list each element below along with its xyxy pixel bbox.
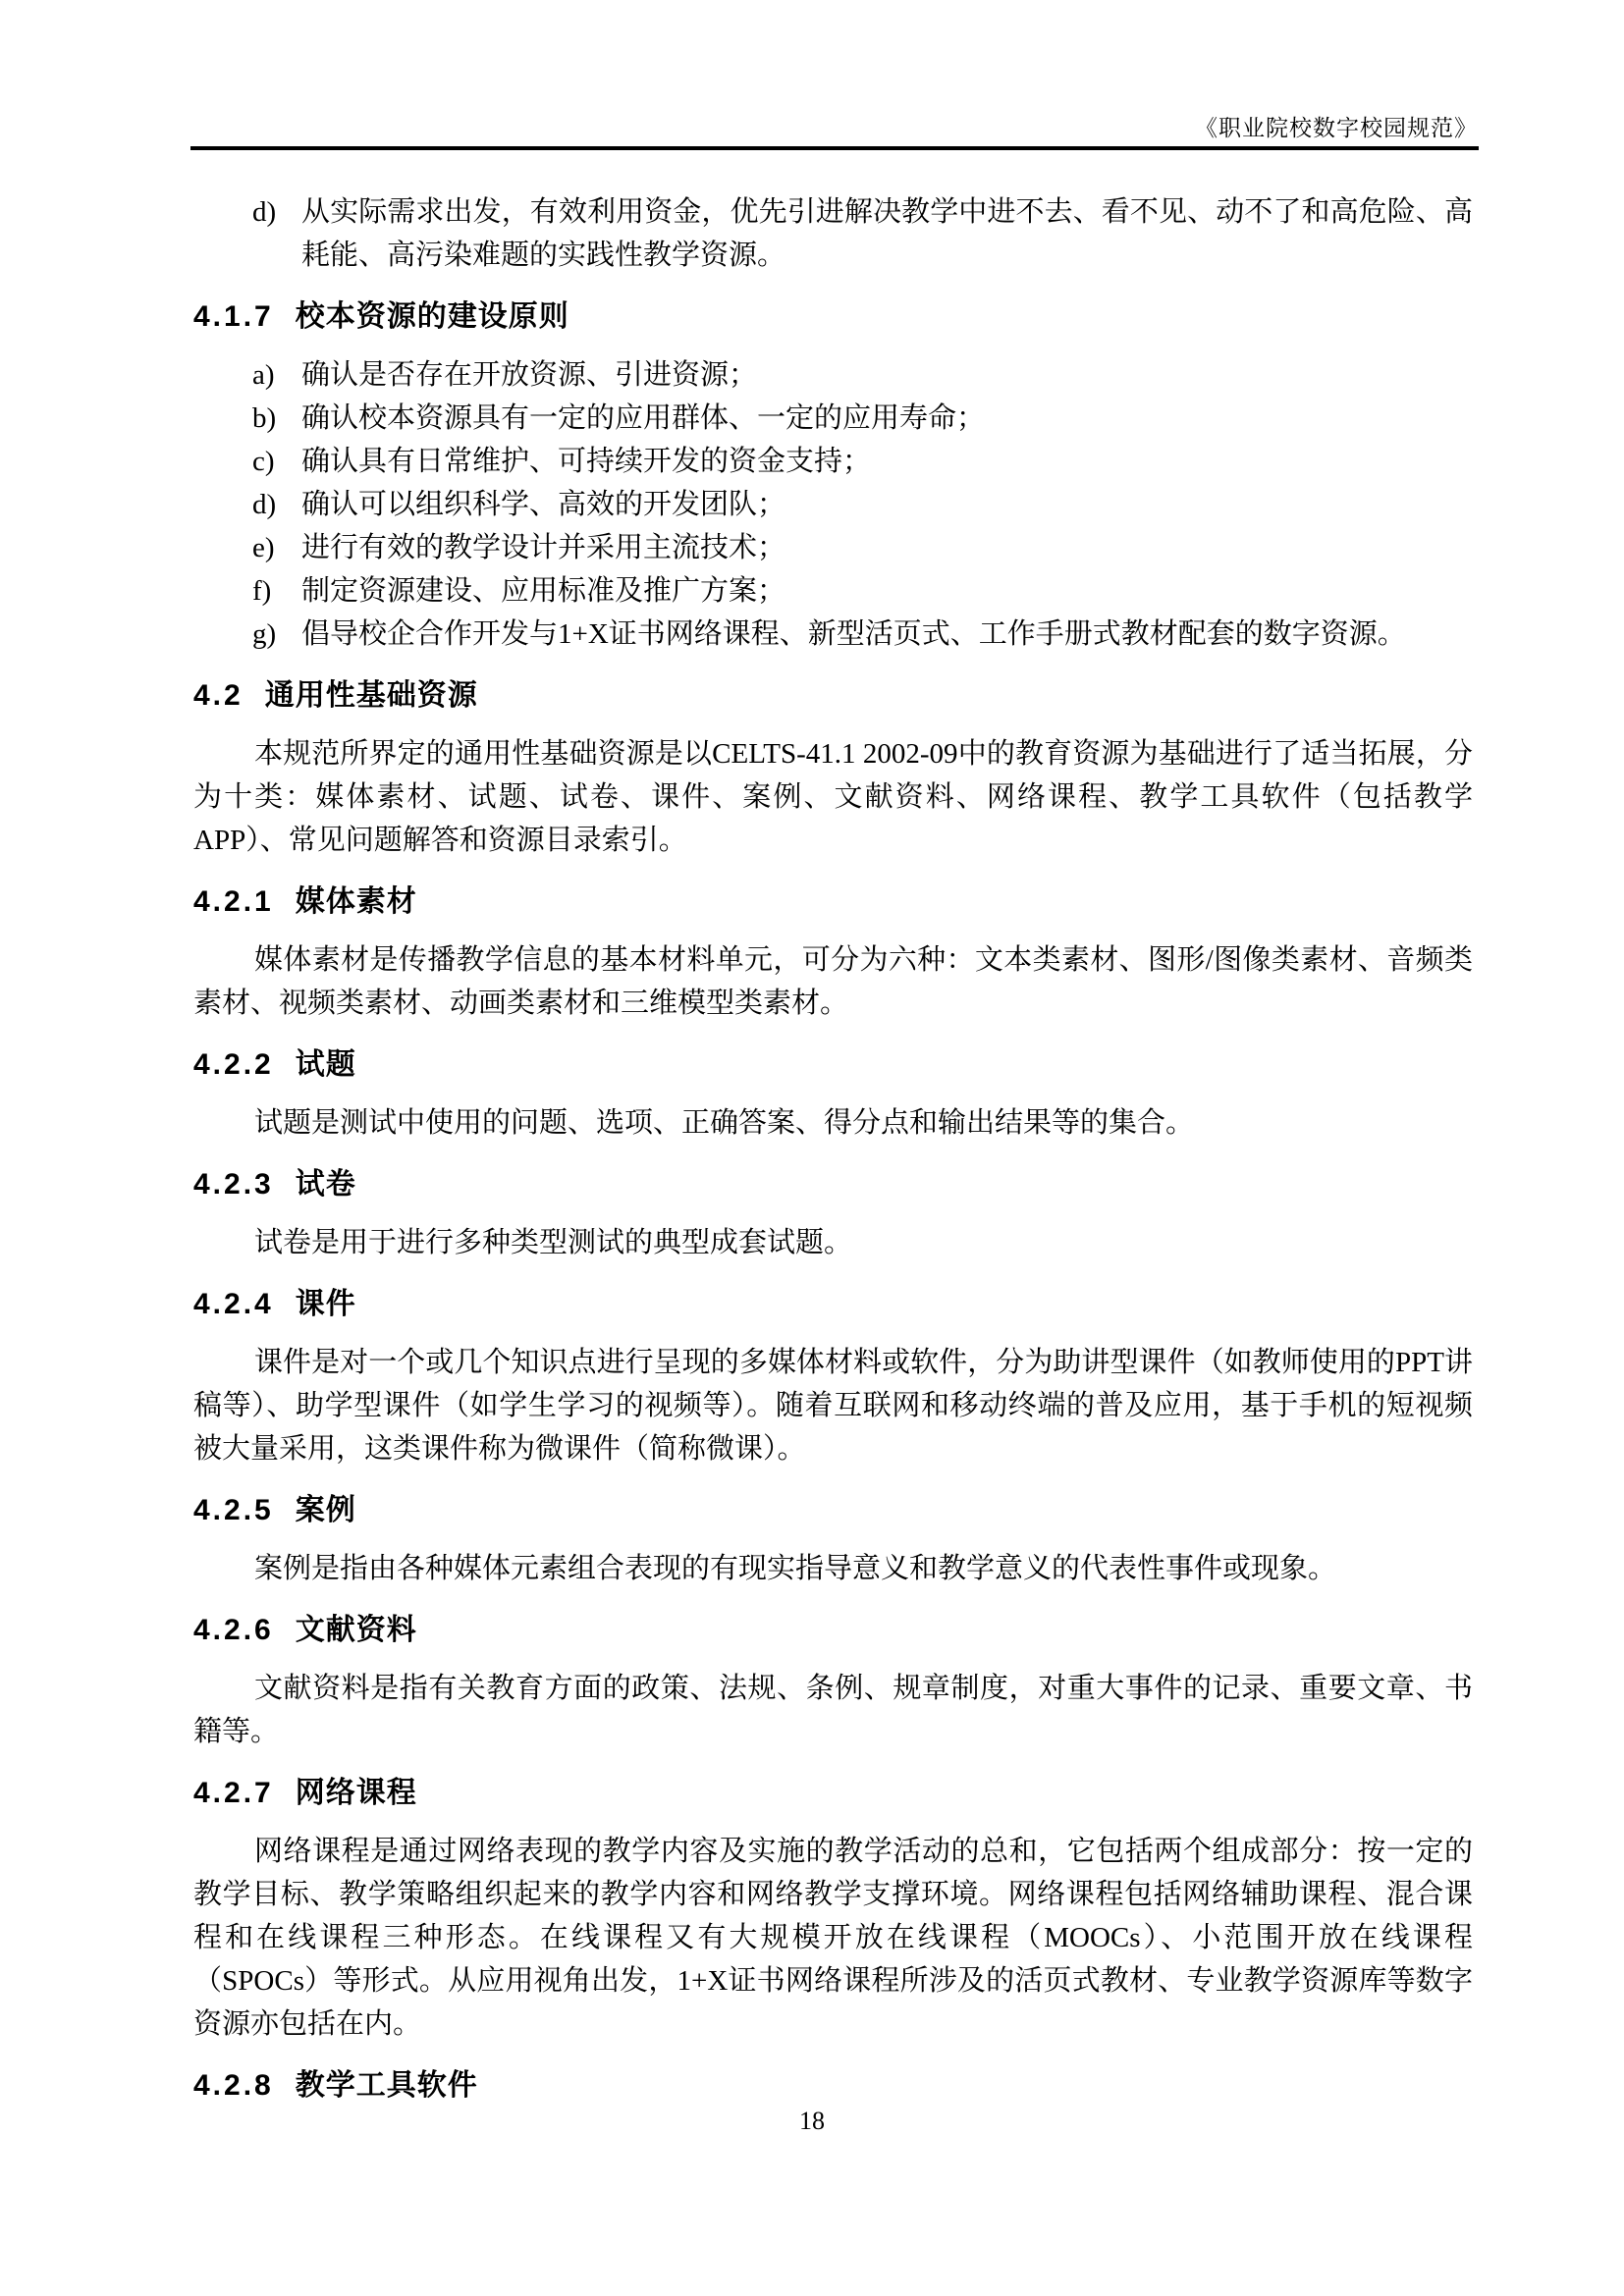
list-item-marker: f) [252, 569, 271, 613]
section-number: 4.2 [193, 679, 244, 712]
section-title: 课件 [296, 1288, 356, 1320]
section-title: 校本资源的建设原则 [296, 300, 569, 333]
section-heading-4-2-8: 4.2.8教学工具软件 [193, 2064, 1473, 2108]
section-heading-4-2-6: 4.2.6文献资料 [193, 1609, 1473, 1652]
page-number: 18 [0, 2107, 1624, 2136]
list-item-text: 倡导校企合作开发与1+X证书网络课程、新型活页式、工作手册式教材配套的数字资源。 [301, 618, 1406, 650]
list-item-marker: d) [252, 190, 276, 234]
paragraph-4-2-3: 试卷是用于进行多种类型测试的典型成套试题。 [193, 1221, 1473, 1264]
list-item-marker: d) [252, 483, 276, 526]
page-content: d) 从实际需求出发，有效利用资金，优先引进解决教学中进不去、看不见、动不了和高… [193, 147, 1473, 2122]
section-title: 教学工具软件 [296, 2069, 478, 2102]
section-heading-4-2-3: 4.2.3试卷 [193, 1163, 1473, 1206]
section-number: 4.2.2 [193, 1048, 274, 1081]
list-4-1-7: a) 确认是否存在开放资源、引进资源； b) 确认校本资源具有一定的应用群体、一… [193, 353, 1473, 656]
list-item-marker: b) [252, 397, 276, 440]
list-item-text: 制定资源建设、应用标准及推广方案； [301, 575, 785, 607]
list-item: b) 确认校本资源具有一定的应用群体、一定的应用寿命； [193, 397, 1473, 440]
list-item: f) 制定资源建设、应用标准及推广方案； [193, 569, 1473, 613]
paragraph-4-2-4: 课件是对一个或几个知识点进行呈现的多媒体材料或软件，分为助讲型课件（如教师使用的… [193, 1341, 1473, 1470]
list-item: c) 确认具有日常维护、可持续开发的资金支持； [193, 440, 1473, 483]
section-title: 通用性基础资源 [265, 679, 478, 712]
list-item-marker: a) [252, 353, 275, 397]
list-item-marker: c) [252, 440, 275, 483]
section-number: 4.2.7 [193, 1777, 274, 1809]
section-title: 试卷 [296, 1168, 356, 1201]
section-heading-4-2: 4.2通用性基础资源 [193, 674, 1473, 718]
section-heading-4-1-7: 4.1.7校本资源的建设原则 [193, 295, 1473, 339]
section-heading-4-2-5: 4.2.5案例 [193, 1489, 1473, 1532]
list-item: g) 倡导校企合作开发与1+X证书网络课程、新型活页式、工作手册式教材配套的数字… [193, 613, 1473, 656]
section-number: 4.2.3 [193, 1168, 274, 1201]
list-item-marker: e) [252, 526, 275, 569]
list-item-intro-d: d) 从实际需求出发，有效利用资金，优先引进解决教学中进不去、看不见、动不了和高… [193, 190, 1473, 277]
section-title: 媒体素材 [296, 885, 417, 918]
list-item: d) 确认可以组织科学、高效的开发团队； [193, 483, 1473, 526]
list-item-marker: g) [252, 613, 276, 656]
list-item: a) 确认是否存在开放资源、引进资源； [193, 353, 1473, 397]
document-page: 《职业院校数字校园规范》 d) 从实际需求出发，有效利用资金，优先引进解决教学中… [0, 0, 1624, 2296]
list-item-text: 确认校本资源具有一定的应用群体、一定的应用寿命； [301, 402, 985, 434]
list-item-text: 确认是否存在开放资源、引进资源； [301, 359, 757, 391]
paragraph-4-2-1: 媒体素材是传播教学信息的基本材料单元，可分为六种：文本类素材、图形/图像类素材、… [193, 938, 1473, 1025]
list-item-text: 从实际需求出发，有效利用资金，优先引进解决教学中进不去、看不见、动不了和高危险、… [301, 196, 1473, 271]
list-item-text: 确认可以组织科学、高效的开发团队； [301, 489, 785, 520]
section-title: 试题 [296, 1048, 356, 1081]
section-number: 4.2.8 [193, 2069, 274, 2102]
section-title: 文献资料 [296, 1614, 417, 1646]
section-number: 4.2.5 [193, 1494, 274, 1526]
section-number: 4.2.1 [193, 885, 274, 918]
list-item-text: 进行有效的教学设计并采用主流技术； [301, 532, 785, 563]
paragraph-4-2-6: 文献资料是指有关教育方面的政策、法规、条例、规章制度，对重大事件的记录、重要文章… [193, 1667, 1473, 1753]
list-item-text: 确认具有日常维护、可持续开发的资金支持； [301, 446, 871, 477]
section-title: 网络课程 [296, 1777, 417, 1809]
paragraph-4-2-7: 网络课程是通过网络表现的教学内容及实施的教学活动的总和，它包括两个组成部分：按一… [193, 1830, 1473, 2046]
list-item: e) 进行有效的教学设计并采用主流技术； [193, 526, 1473, 569]
section-heading-4-2-4: 4.2.4课件 [193, 1283, 1473, 1326]
section-title: 案例 [296, 1494, 356, 1526]
section-heading-4-2-1: 4.2.1媒体素材 [193, 881, 1473, 924]
paragraph-4-2: 本规范所界定的通用性基础资源是以CELTS-41.1 2002-09中的教育资源… [193, 732, 1473, 862]
section-heading-4-2-7: 4.2.7网络课程 [193, 1772, 1473, 1815]
paragraph-4-2-5: 案例是指由各种媒体元素组合表现的有现实指导意义和教学意义的代表性事件或现象。 [193, 1547, 1473, 1590]
paragraph-4-2-2: 试题是测试中使用的问题、选项、正确答案、得分点和输出结果等的集合。 [193, 1101, 1473, 1145]
section-number: 4.2.6 [193, 1614, 274, 1646]
section-number: 4.1.7 [193, 300, 274, 333]
section-heading-4-2-2: 4.2.2试题 [193, 1043, 1473, 1087]
page-header-title: 《职业院校数字校园规范》 [191, 110, 1478, 142]
section-number: 4.2.4 [193, 1288, 274, 1320]
